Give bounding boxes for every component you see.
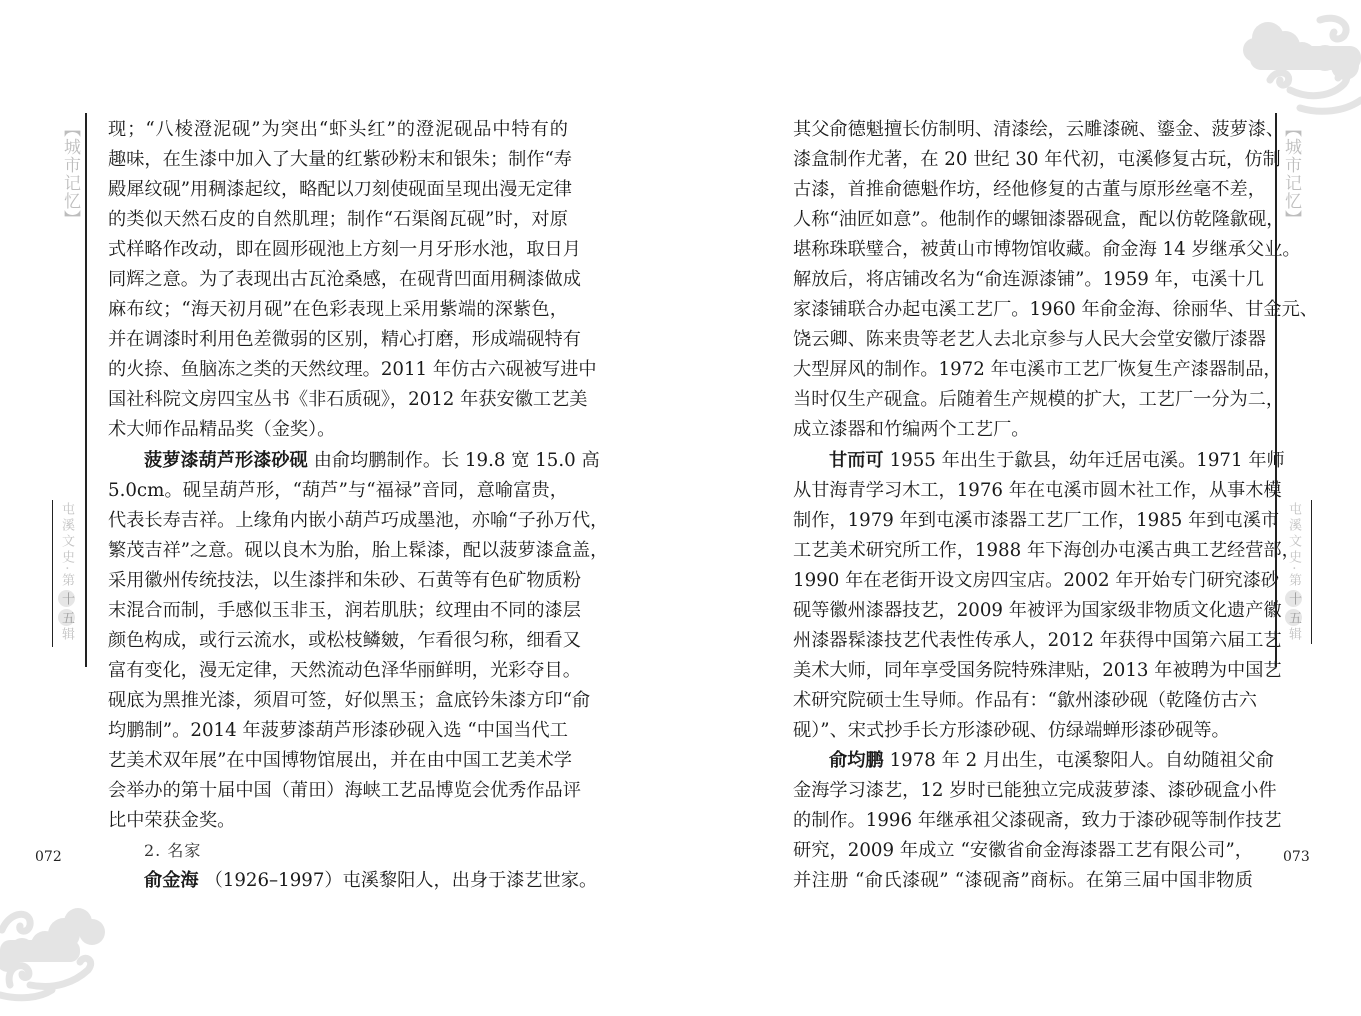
text-line: 并注册 “俞氏漆砚” “漆砚斋”商标。在第三届中国非物质 <box>793 866 1253 896</box>
text-line: 美术大师，同年享受国务院特殊津贴，2013 年被聘为中国艺 <box>793 656 1253 686</box>
text-line: 家漆铺联合办起屯溪工艺厂。1960 年俞金海、徐丽华、甘金元、 <box>793 295 1253 325</box>
text-line: 术大师作品精品奖（金奖）。 <box>108 415 568 445</box>
section-heading: 2. 名家 <box>108 836 568 866</box>
text-line: 大型屏风的制作。1972 年屯溪市工艺厂恢复生产漆器制品， <box>793 355 1253 385</box>
text-line: 的制作。1996 年继承祖父漆砚斋，致力于漆砂砚等制作技艺 <box>793 806 1253 836</box>
text-line: 现；“八棱澄泥砚”为突出“虾头红”的澄泥砚品中特有的 <box>108 115 568 145</box>
issue-digit-badge: 五 <box>58 609 75 626</box>
text-line: 砚等徽州漆器技艺，2009 年被评为国家级非物质文化遗产徽 <box>793 596 1253 626</box>
cloud-ornament-icon <box>0 890 115 1005</box>
text-line: 代表长寿吉祥。上缘角内嵌小葫芦巧成墨池，亦喻“子孙万代， <box>108 506 568 536</box>
text-line: 末混合而制，手感似玉非玉，润若肌肤；纹理由不同的漆层 <box>108 596 568 626</box>
text-line: 金海学习漆艺，12 岁时已能独立完成菠萝漆、漆砂砚盒小件 <box>793 776 1253 806</box>
series-suffix: 辑 <box>1286 627 1301 643</box>
text-line: 国社科院文房四宝丛书《非石质砚》，2012 年获安徽工艺美 <box>108 385 568 415</box>
text-line: 富有变化，漫无定律，天然流动色泽华丽鲜明，光彩夺目。 <box>108 656 568 686</box>
entry-text: 1955 年出生于歙县，幼年迁居屯溪。1971 年师 <box>890 450 1285 471</box>
text-line: 采用徽州传统技法，以生漆拌和朱砂、石黄等有色矿物质粉 <box>108 566 568 596</box>
text-line: 繁茂吉祥”之意。砚以良木为胎，胎上髹漆，配以菠萝漆盒盖， <box>108 536 568 566</box>
text-line: 会举办的第十届中国（莆田）海峡工艺品博览会优秀作品评 <box>108 776 568 806</box>
text-line: 制作，1979 年到屯溪市漆器工艺厂工作，1985 年到屯溪市 <box>793 506 1253 536</box>
text-line: 颜色构成，或行云流水，或松枝鳞皴，乍看很匀称，细看又 <box>108 626 568 656</box>
text-line: 解放后，将店铺改名为“俞连源漆铺”。1959 年，屯溪十几 <box>793 265 1253 295</box>
text-line: 式样略作改动，即在圆形砚池上方刻一月牙形水池，取日月 <box>108 235 568 265</box>
entry-title: 菠萝漆葫芦形漆砂砚 <box>144 450 308 471</box>
issue-digit-badge: 十 <box>1285 590 1302 607</box>
text-line: 的火捺、鱼脑冻之类的天然纹理。2011 年仿古六砚被写进中 <box>108 355 568 385</box>
section-label: 【城市记忆】 <box>61 120 78 228</box>
section-label: 【城市记忆】 <box>1282 120 1299 228</box>
cloud-ornament-icon <box>1240 8 1361 120</box>
body-text: 现；“八棱澄泥砚”为突出“虾头红”的澄泥砚品中特有的 趣味，在生漆中加入了大量的… <box>108 115 568 896</box>
entry-line: 俞均鹏1978 年 2 月出生，屯溪黎阳人。自幼随祖父俞 <box>793 746 1253 776</box>
text-line: 砚）”、宋式抄手长方形漆砂砚、仿绿端蝉形漆砂砚等。 <box>793 716 1253 746</box>
series-suffix: 辑 <box>59 627 74 643</box>
entry-line: 菠萝漆葫芦形漆砂砚由俞均鹏制作。长 19.8 宽 15.0 高 <box>108 446 568 476</box>
text-line: 古漆，首推俞德魁作坊，经他修复的古董与原形丝毫不差， <box>793 175 1253 205</box>
text-line: 研究，2009 年成立 “安徽省俞金海漆器工艺有限公司”， <box>793 836 1253 866</box>
margin-rule <box>85 113 87 667</box>
text-line: 趣味，在生漆中加入了大量的红紫砂粉末和银朱；制作“寿 <box>108 145 568 175</box>
entry-line: 俞金海（1926–1997）屯溪黎阳人，出身于漆艺世家。 <box>108 866 568 896</box>
entry-text: （1926–1997）屯溪黎阳人，出身于漆艺世家。 <box>205 870 598 891</box>
text-line: 堪称珠联璧合，被黄山市博物馆收藏。俞金海 14 岁继承父业。 <box>793 235 1253 265</box>
entry-title: 俞均鹏 <box>829 750 884 771</box>
text-line: 同辉之意。为了表现出古瓦沧桑感，在砚背凹面用稠漆做成 <box>108 265 568 295</box>
series-rule <box>1311 500 1312 644</box>
text-line: 术研究院硕士生导师。作品有：“歙州漆砂砚（乾隆仿古六 <box>793 686 1253 716</box>
text-line: 的类似天然石皮的自然肌理；制作“石渠阁瓦砚”时，对原 <box>108 205 568 235</box>
text-line: 工艺美术研究所工作，1988 年下海创办屯溪古典工艺经营部， <box>793 536 1253 566</box>
text-line: 艺美术双年展”在中国博物馆展出，并在由中国工艺美术学 <box>108 746 568 776</box>
series-rule <box>52 500 53 647</box>
text-line: 砚底为黑推光漆，须眉可签，好似黑玉；盒底钤朱漆方印“俞 <box>108 686 568 716</box>
text-line: 比中荣获金奖。 <box>108 806 568 836</box>
series-label: 屯溪文史·第十五辑 <box>58 502 75 643</box>
text-line: 1990 年在老街开设文房四宝店。2002 年开始专门研究漆砂 <box>793 566 1253 596</box>
page-number: 072 <box>35 849 62 865</box>
text-line: 均鹏制”。2014 年菠萝漆葫芦形漆砂砚入选 “中国当代工 <box>108 716 568 746</box>
text-line: 并在调漆时利用色差微弱的区别，精心打磨，形成端砚特有 <box>108 325 568 355</box>
text-line: 成立漆器和竹编两个工艺厂。 <box>793 415 1253 445</box>
text-line: 州漆器髹漆技艺代表性传承人，2012 年获得中国第六届工艺 <box>793 626 1253 656</box>
entry-line: 甘而可1955 年出生于歙县，幼年迁居屯溪。1971 年师 <box>793 446 1253 476</box>
issue-digit-badge: 十 <box>58 590 75 607</box>
text-line: 漆盒制作尤著，在 20 世纪 30 年代初，屯溪修复古玩，仿制 <box>793 145 1253 175</box>
entry-title: 甘而可 <box>829 450 884 471</box>
text-line: 其父俞德魁擅长仿制明、清漆绘，云雕漆碗、鎏金、菠萝漆、 <box>793 115 1253 145</box>
page-number: 073 <box>1283 849 1310 865</box>
series-label: 屯溪文史·第十五辑 <box>1285 502 1302 643</box>
entry-title: 俞金海 <box>144 870 199 891</box>
text-line: 麻布纹；“海天初月砚”在色彩表现上采用紫端的深紫色， <box>108 295 568 325</box>
issue-digit-badge: 五 <box>1285 609 1302 626</box>
text-line: 饶云卿、陈来贵等老艺人去北京参与人民大会堂安徽厅漆器 <box>793 325 1253 355</box>
left-page: 【城市记忆】 屯溪文史·第十五辑 072 现；“八棱澄泥砚”为突出“虾头红”的澄… <box>0 0 680 1016</box>
text-line: 从甘海青学习木工，1976 年在屯溪市圆木社工作，从事木模 <box>793 476 1253 506</box>
text-line: 殿犀纹砚”用稠漆起纹，略配以刀刻使砚面呈现出漫无定律 <box>108 175 568 205</box>
right-page: 【城市记忆】 屯溪文史·第十五辑 073 其父俞德魁擅长仿制明、清漆绘，云雕漆碗… <box>680 0 1361 1016</box>
text-line: 当时仅生产砚盒。后随着生产规模的扩大，工艺厂一分为二， <box>793 385 1253 415</box>
series-prefix: 屯溪文史·第 <box>59 502 74 589</box>
text-line: 5.0cm。砚呈葫芦形，“葫芦”与“福禄”音同，意喻富贵， <box>108 476 568 506</box>
entry-text: 1978 年 2 月出生，屯溪黎阳人。自幼随祖父俞 <box>890 750 1274 771</box>
entry-text: 由俞均鹏制作。长 19.8 宽 15.0 高 <box>314 450 600 471</box>
text-line: 人称“油匠如意”。他制作的螺钿漆器砚盒，配以仿乾隆歙砚， <box>793 205 1253 235</box>
body-text: 其父俞德魁擅长仿制明、清漆绘，云雕漆碗、鎏金、菠萝漆、 漆盒制作尤著，在 20 … <box>793 115 1253 896</box>
